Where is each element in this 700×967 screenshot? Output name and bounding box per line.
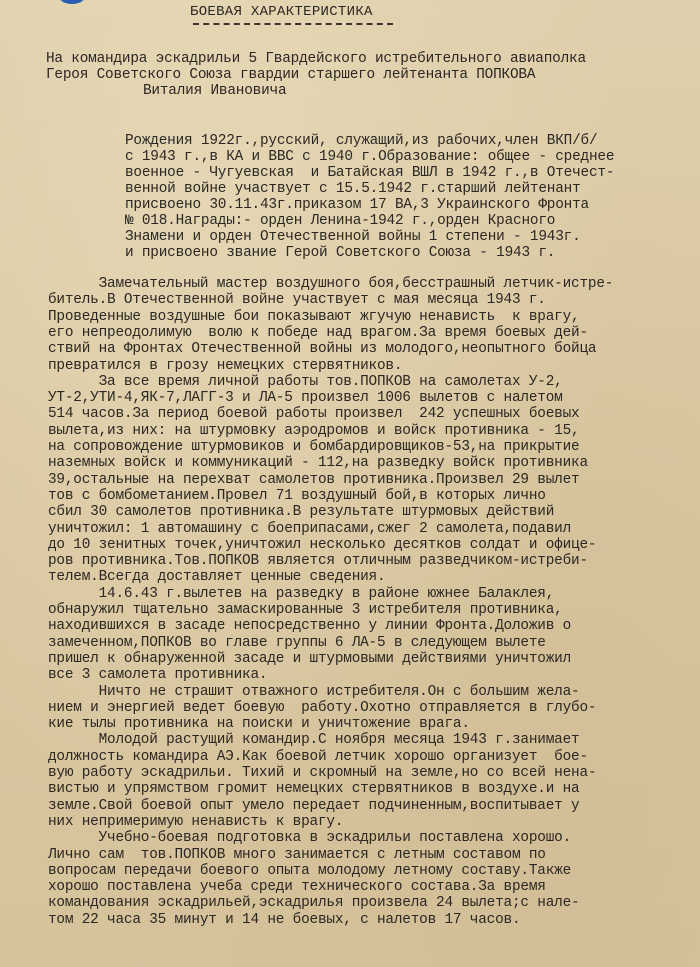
- body-line: должность командира АЭ.Как боевой летчик…: [48, 750, 588, 765]
- body-line: превратился в грозу немецких стервятнико…: [48, 359, 402, 374]
- body-line: За все время личной работы тов.ПОПКОВ на…: [48, 375, 563, 390]
- body-line: вистью и упрямством громит немецких стер…: [48, 782, 579, 797]
- body-line: пришел к обнаруженной засаде и штурмовым…: [48, 652, 571, 667]
- bio-line: и присвоено звание Герой Советского Союз…: [125, 246, 555, 261]
- header-line: Героя Советского Союза гвардии старшего …: [46, 68, 535, 83]
- body-line: УТ-2,УТИ-4,ЯК-7,ЛАГГ-3 и ЛА-5 произвел 1…: [48, 391, 563, 406]
- body-line: вую работу эскадрильи. Тихий и скромный …: [48, 766, 596, 781]
- bio-line: с 1943 г.,в КА и ВВС с 1940 г.Образовани…: [125, 150, 614, 165]
- body-line: наземных войск и коммуникаций - 112,на р…: [48, 456, 588, 471]
- body-line: них непримеримую ненависть к врагу.: [48, 815, 343, 830]
- bio-line: военное - Чугуевская и Батайская ВШЛ в 1…: [125, 166, 614, 181]
- body-line: Ничто не страшит отважного истребителя.О…: [48, 685, 579, 700]
- body-line: тов с бомбометанием.Провел 71 воздушный …: [48, 489, 546, 504]
- body-line: телем.Всегда доставляет ценные сведения.: [48, 570, 385, 585]
- body-line: замеченном,ПОПКОВ во главе группы 6 ЛА-5…: [48, 636, 546, 651]
- body-line: вопросам передачи боевого опыта молодому…: [48, 864, 571, 879]
- body-line: сбил 30 самолетов противника.В результат…: [48, 505, 554, 520]
- header-line: На командира эскадрильи 5 Гвардейского и…: [46, 52, 586, 67]
- body-line: 39,остальные на перехват самолетов проти…: [48, 473, 579, 488]
- body-line: ствий на Фронтах Отечественной войны из …: [48, 342, 596, 357]
- body-line: Учебно-боевая подготовка в эскадрильи по…: [48, 831, 571, 846]
- header-line: Виталия Ивановича: [143, 84, 286, 99]
- body-line: уничтожил: 1 автомашину с боеприпасами,с…: [48, 522, 571, 537]
- body-line: на сопровождение штурмовиков и бомбардир…: [48, 440, 579, 455]
- bio-line: № 018.Награды:- орден Ленина-1942 г.,орд…: [125, 214, 555, 229]
- bio-line: венной войне участвует с 15.5.1942 г.ста…: [125, 182, 581, 197]
- body-line: вылета,из них: на штурмовку аэродромов и…: [48, 424, 579, 439]
- body-line: 514 часов.За период боевой работы произв…: [48, 407, 579, 422]
- document-title: БОЕВАЯ ХАРАКТЕРИСТИКА: [190, 4, 373, 20]
- body-line: хорошо поставлена учеба среди техническо…: [48, 880, 546, 895]
- body-line: до 10 зенитных точек,уничтожил несколько…: [48, 538, 596, 553]
- body-line: том 22 часа 35 минут и 14 не боевых, с н…: [48, 913, 520, 928]
- body-line: нием и энергией ведет боевую работу.Охот…: [48, 701, 596, 716]
- body-line: Проведенные воздушные бои показывают жгу…: [48, 310, 579, 325]
- bio-line: Знамени и орден Отечественной войны 1 ст…: [125, 230, 581, 245]
- body-line: все 3 самолета противника.: [48, 668, 267, 683]
- body-line: Молодой растущий командир.С ноября месяц…: [48, 733, 579, 748]
- body-line: земле.Свой боевой опыт умело передает по…: [48, 799, 579, 814]
- body-line: обнаружил тщательно замаскированные 3 ис…: [48, 603, 563, 618]
- bio-line: присвоено 30.11.43г.приказом 17 ВА,3 Укр…: [125, 198, 589, 213]
- body-line: Замечательный мастер воздушного боя,бесс…: [48, 277, 613, 292]
- body-line: ров противника.Тов.ПОПКОВ является отлич…: [48, 554, 588, 569]
- body-line: кие тылы противника на поиски и уничтоже…: [48, 717, 470, 732]
- body-line: Лично сам тов.ПОПКОВ много занимается с …: [48, 848, 546, 863]
- body-line: его непреодолимую волю к победе над враг…: [48, 326, 588, 341]
- body-line: битель.В Отечественной войне участвует с…: [48, 293, 546, 308]
- title-underline: [193, 23, 393, 25]
- body-line: находившихся в засаде непосредственно у …: [48, 619, 571, 634]
- body-line: 14.6.43 г.вылетев на разведку в районе ю…: [48, 587, 554, 602]
- bio-line: Рождения 1922г.,русский, служащий,из раб…: [125, 134, 597, 149]
- body-line: командования эскадрильей,эскадрилья прои…: [48, 896, 579, 911]
